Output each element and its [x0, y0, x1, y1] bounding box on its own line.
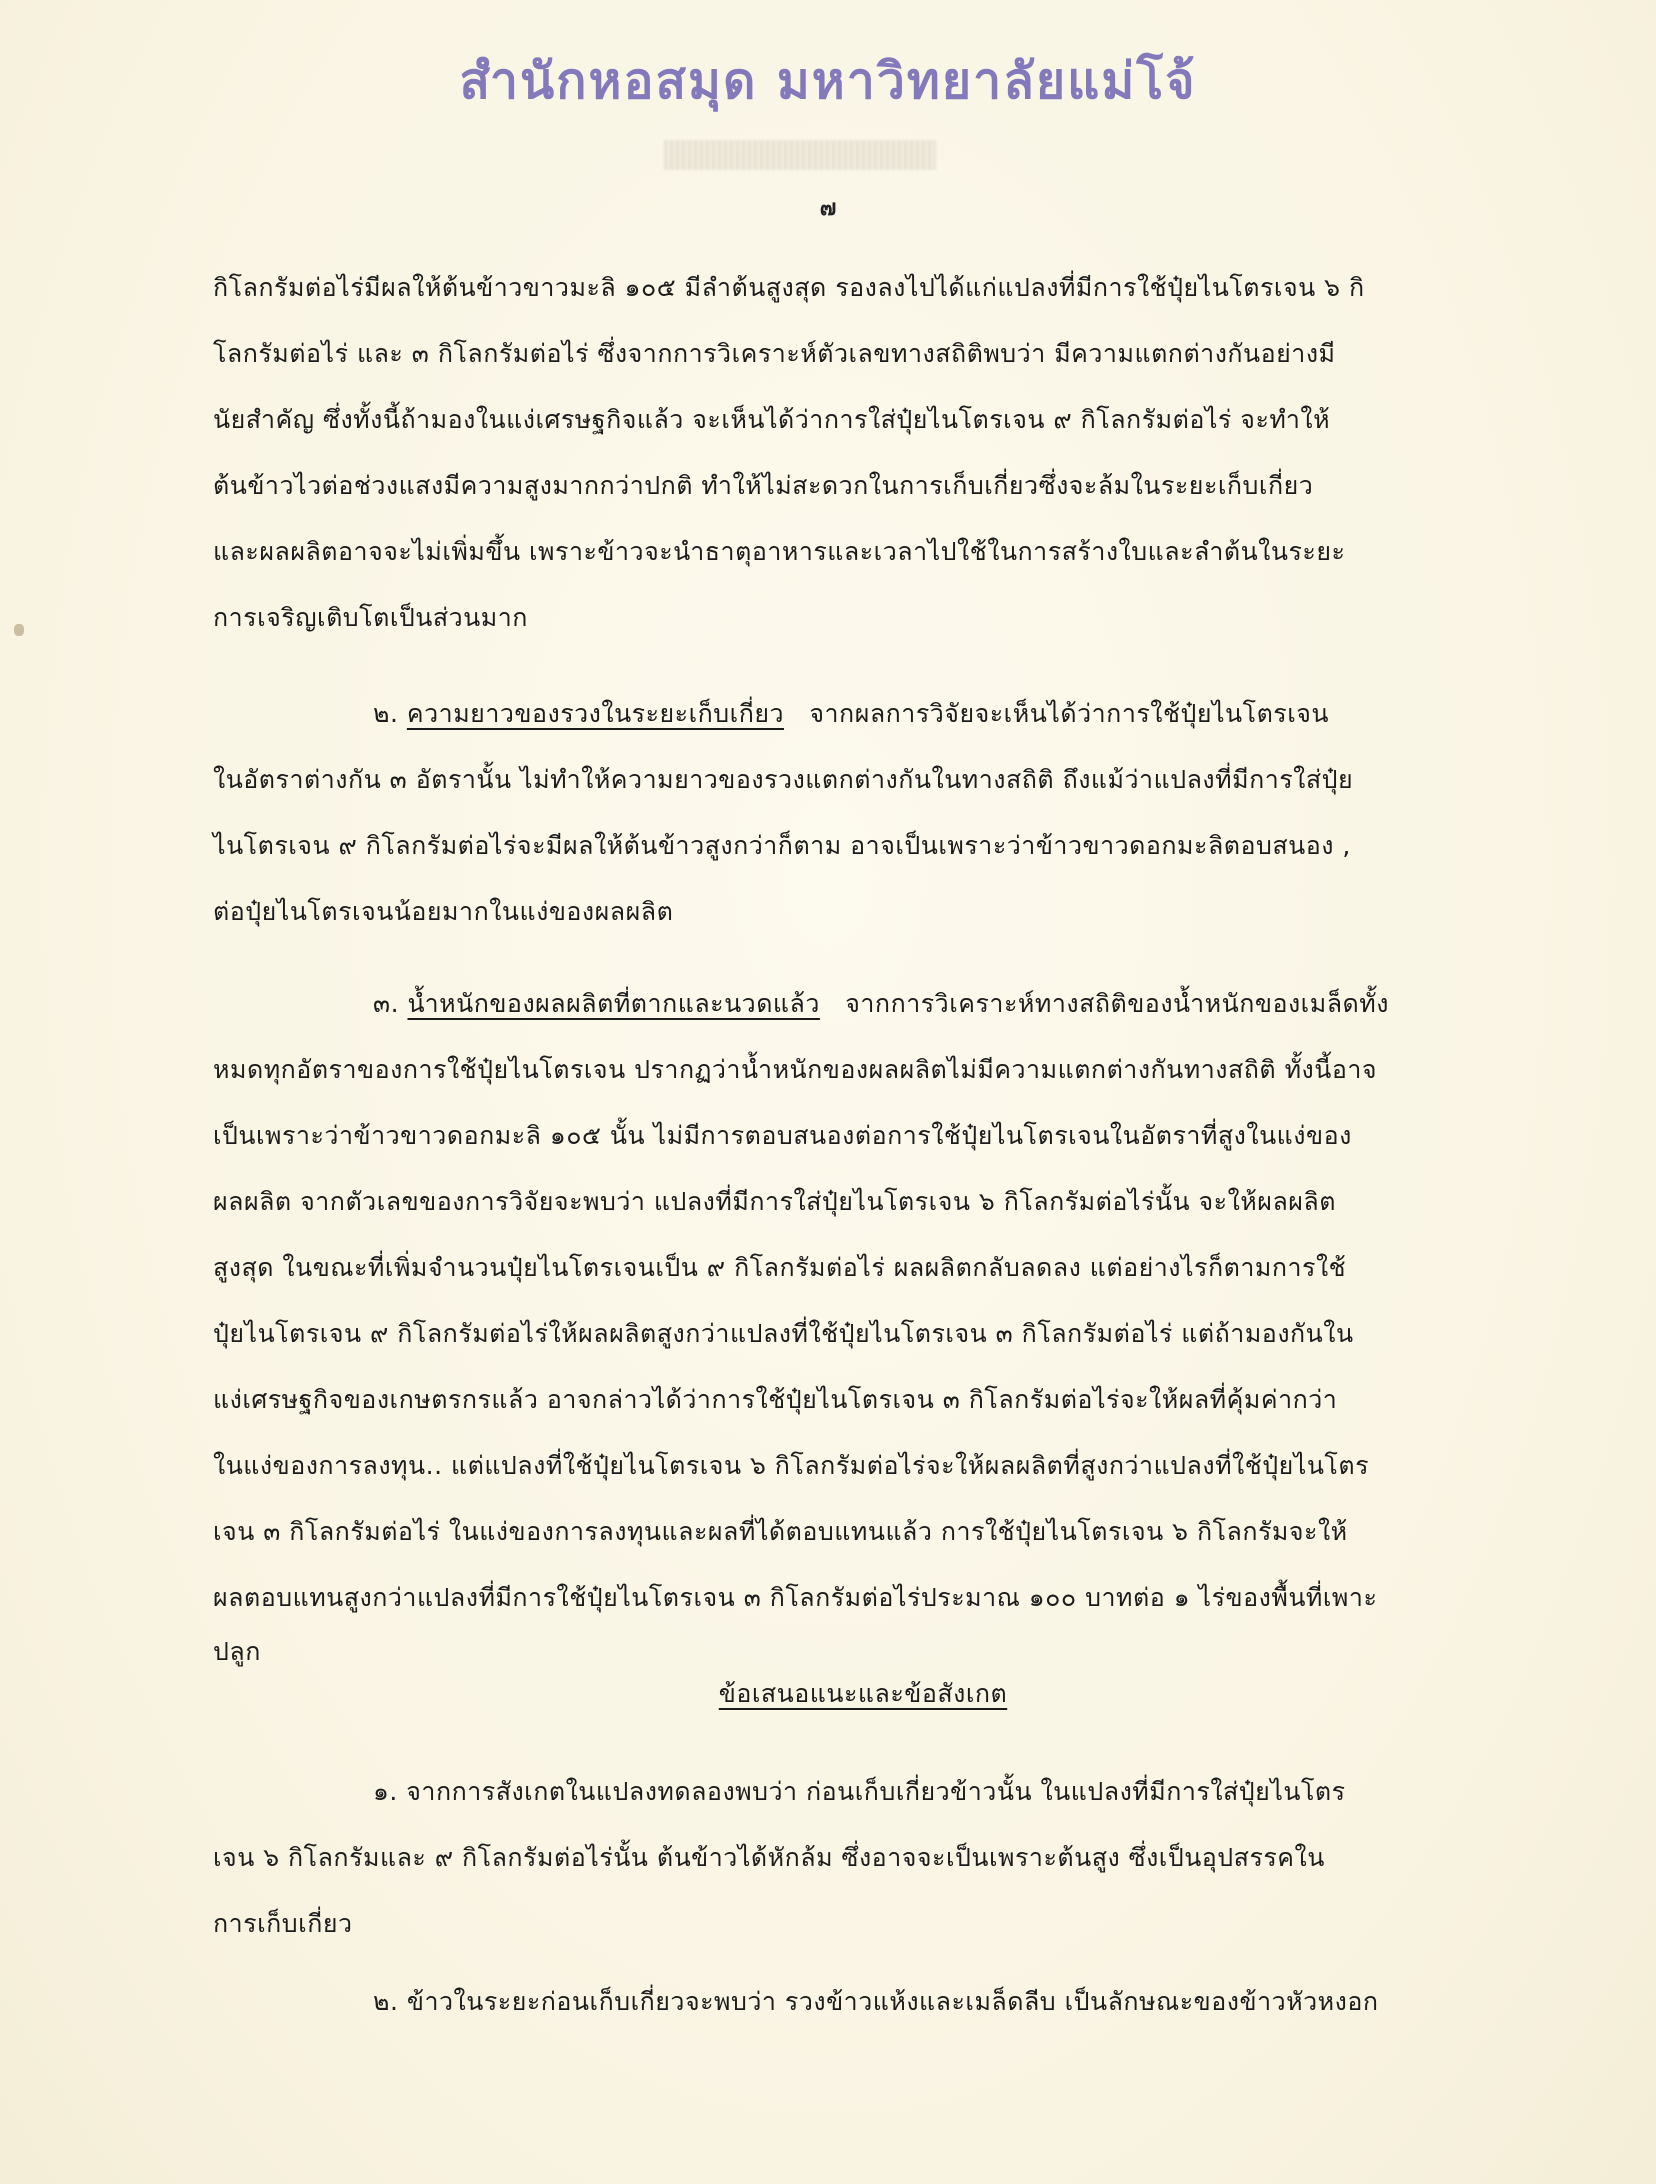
section-text: จากการวิเคราะห์ทางสถิติของน้ำหนักของเมล็… — [845, 989, 1389, 1018]
section-text: จากผลการวิจัยจะเห็นได้ว่าการใช้ปุ๋ยไนโตร… — [809, 699, 1329, 728]
paper-stain — [14, 624, 24, 636]
paragraph-line: สูงสุด ในขณะที่เพิ่มจำนวนปุ๋ยไนโตรเจนเป็… — [213, 1248, 1346, 1288]
paragraph-line: ในแง่ของการลงทุน.. แต่แปลงที่ใช้ปุ๋ยไนโต… — [213, 1446, 1369, 1486]
ink-smudge — [664, 140, 936, 170]
paragraph-line: หมดทุกอัตราของการใช้ปุ๋ยไนโตรเจน ปรากฏว่… — [213, 1050, 1377, 1090]
paragraph-line: ไนโตรเจน ๙ กิโลกรัมต่อไร่จะมีผลให้ต้นข้า… — [213, 826, 1351, 866]
heading-text: ข้อเสนอแนะและข้อสังเกต — [719, 1679, 1008, 1708]
paragraph-line: ในอัตราต่างกัน ๓ อัตรานั้น ไม่ทำให้ความย… — [213, 760, 1353, 800]
paragraph-line: ปลูก — [213, 1632, 261, 1672]
item-text: จากการสังเกตในแปลงทดลองพบว่า ก่อนเก็บเกี… — [406, 1777, 1345, 1806]
paragraph-line: เจน ๖ กิโลกรัมและ ๙ กิโลกรัมต่อไร่นั้น ต… — [213, 1838, 1325, 1878]
paragraph-line: นัยสำคัญ ซึ่งทั้งนี้ถ้ามองในแง่เศรษฐกิจแ… — [213, 400, 1330, 440]
paragraph-line: การเจริญเติบโตเป็นส่วนมาก — [213, 598, 528, 638]
paragraph-line: ผลผลิต จากตัวเลขของการวิจัยจะพบว่า แปลงท… — [213, 1182, 1336, 1222]
page-number: ๗ — [0, 190, 1656, 225]
paragraph-line: โลกรัมต่อไร่ และ ๓ กิโลกรัมต่อไร่ ซึ่งจา… — [213, 334, 1336, 374]
item-number: ๒. — [373, 1987, 398, 2016]
paragraph-line: และผลผลิตอาจจะไม่เพิ่มขึ้น เพราะข้าวจะนำ… — [213, 532, 1345, 572]
paragraph-line: กิโลกรัมต่อไร่มีผลให้ต้นข้าวขาวมะลิ ๑๐๕ … — [213, 268, 1365, 308]
section-title: น้ำหนักของผลผลิตที่ตากและนวดแล้ว — [408, 989, 820, 1018]
section-2-first-line: ๒. ความยาวของรวงในระยะเก็บเกี่ยว จากผลกา… — [373, 694, 1329, 734]
paragraph-line: ปุ๋ยไนโตรเจน ๙ กิโลกรัมต่อไร่ให้ผลผลิตสู… — [213, 1314, 1354, 1354]
scanned-page: สำนักหอสมุด มหาวิทยาลัยแม่โจ้ ๗ กิโลกรัม… — [0, 0, 1656, 2184]
paragraph-line: ต่อปุ๋ยไนโตรเจนน้อยมากในแง่ของผลผลิต — [213, 892, 673, 932]
recommendation-1-first-line: ๑. จากการสังเกตในแปลงทดลองพบว่า ก่อนเก็บ… — [373, 1772, 1346, 1812]
section-number: ๒. — [373, 699, 398, 728]
recommendation-2-first-line: ๒. ข้าวในระยะก่อนเก็บเกี่ยวจะพบว่า รวงข้… — [373, 1982, 1379, 2022]
section-3-first-line: ๓. น้ำหนักของผลผลิตที่ตากและนวดแล้ว จากก… — [373, 984, 1389, 1024]
library-stamp: สำนักหอสมุด มหาวิทยาลัยแม่โจ้ — [0, 42, 1656, 121]
paragraph-line: แง่เศรษฐกิจของเกษตรกรแล้ว อาจกล่าวได้ว่า… — [213, 1380, 1337, 1420]
section-number: ๓. — [373, 989, 399, 1018]
recommendations-heading: ข้อเสนอแนะและข้อสังเกต — [213, 1674, 1513, 1714]
item-number: ๑. — [373, 1777, 398, 1806]
paragraph-line: ผลตอบแทนสูงกว่าแปลงที่มีการใช้ปุ๋ยไนโตรเ… — [213, 1578, 1377, 1618]
item-text: ข้าวในระยะก่อนเก็บเกี่ยวจะพบว่า รวงข้าวแ… — [407, 1987, 1379, 2016]
paragraph-line: การเก็บเกี่ยว — [213, 1904, 353, 1944]
paragraph-line: เจน ๓ กิโลกรัมต่อไร่ ในแง่ของการลงทุนและ… — [213, 1512, 1348, 1552]
paragraph-line: เป็นเพราะว่าข้าวขาวดอกมะลิ ๑๐๕ นั้น ไม่ม… — [213, 1116, 1352, 1156]
section-title: ความยาวของรวงในระยะเก็บเกี่ยว — [407, 699, 784, 728]
paragraph-line: ต้นข้าวไวต่อช่วงแสงมีความสูงมากกว่าปกติ … — [213, 466, 1313, 506]
